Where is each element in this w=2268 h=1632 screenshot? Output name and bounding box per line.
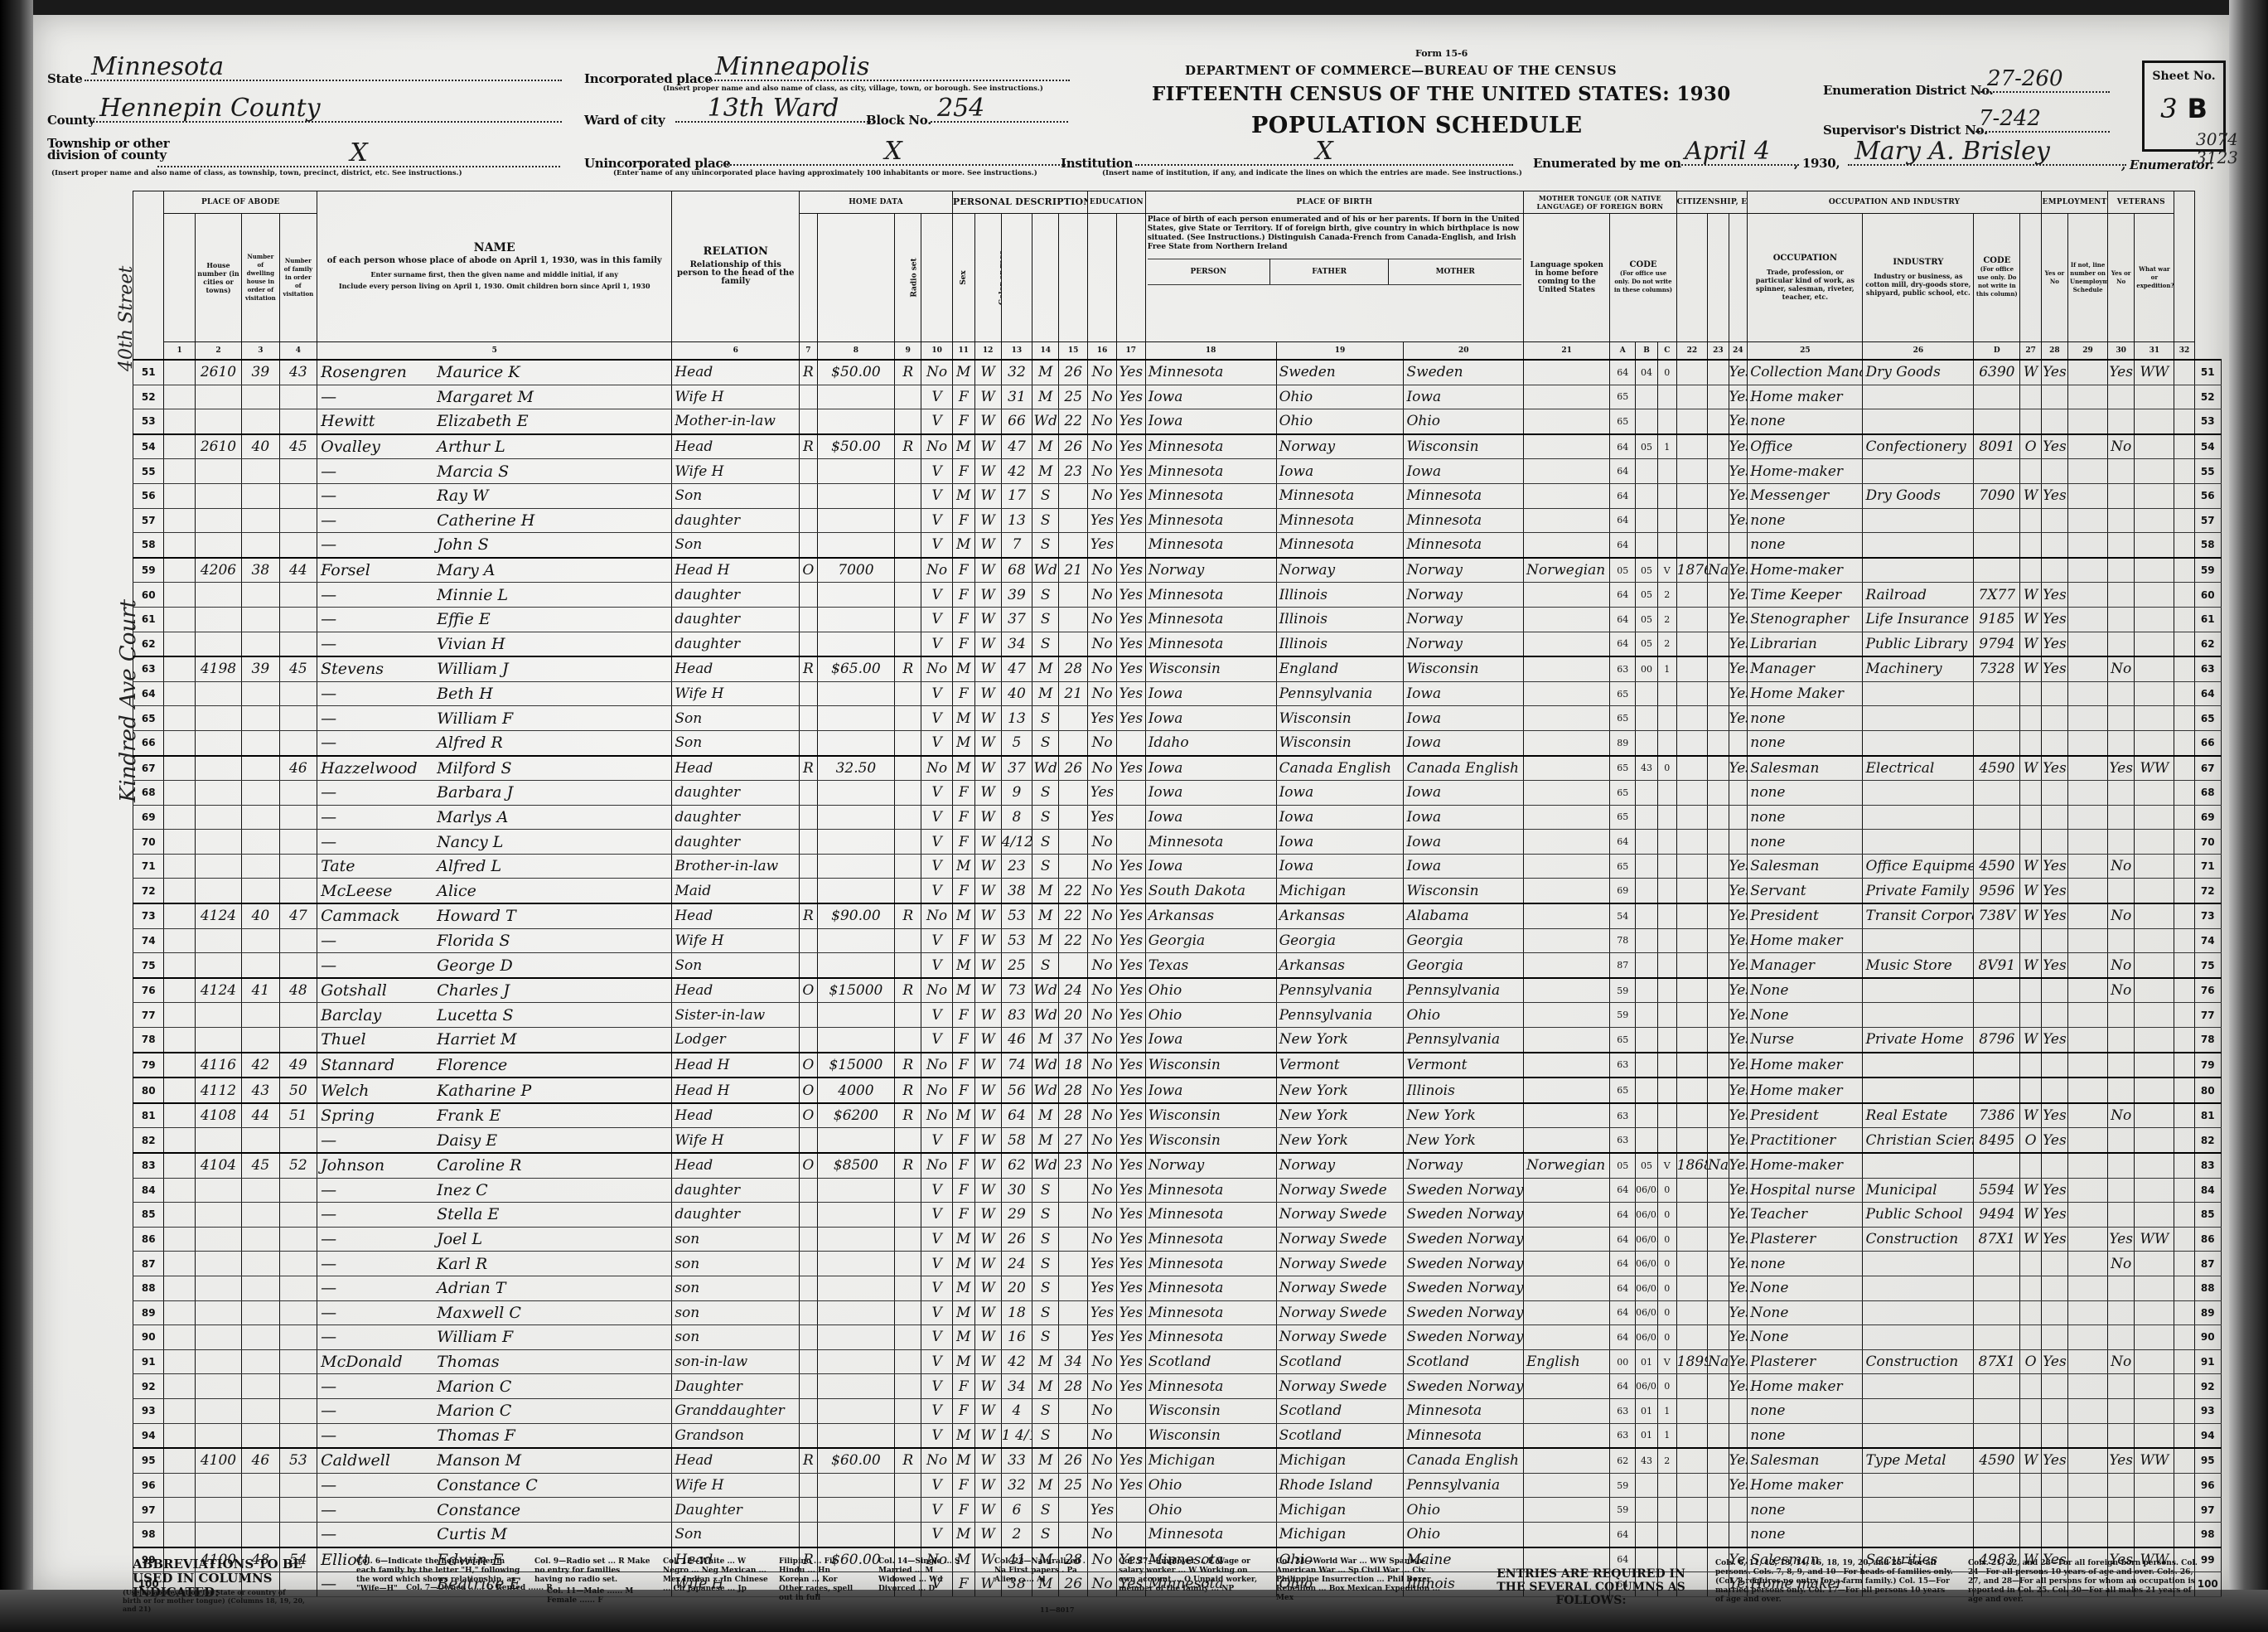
marital-cell: S	[1032, 1178, 1059, 1203]
race-cell: W	[974, 1227, 1001, 1252]
occupation-cell: Home-maker	[1748, 459, 1863, 484]
relation-cell: daughter	[672, 830, 800, 855]
birth-person-cell: Wisconsin	[1145, 656, 1276, 681]
veteran-cell: No	[2108, 903, 2135, 928]
line-number: 65	[133, 706, 164, 731]
code-a-cell: 63	[1610, 1103, 1636, 1128]
dwelling-cell	[242, 409, 279, 434]
immigration-cell	[1676, 854, 1707, 879]
code-a-cell: 64	[1610, 830, 1636, 855]
dwelling-cell	[242, 533, 279, 558]
age-cell: 33	[1001, 1448, 1032, 1473]
birth-father-cell: Iowa	[1276, 854, 1404, 879]
farm-cell: V	[921, 632, 953, 656]
supervisor-district-label: Supervisor's District No.	[1823, 123, 1988, 138]
school-cell: No	[1088, 483, 1117, 508]
line-number: 77	[133, 1003, 164, 1028]
birth-person-cell: Iowa	[1145, 385, 1276, 409]
veteran-cell: Yes	[2108, 1227, 2135, 1252]
street-cell	[164, 1178, 195, 1203]
sex-cell: M	[952, 706, 974, 731]
read-cell: Yes	[1116, 1252, 1145, 1276]
occupation-cell: None	[1748, 1003, 1863, 1028]
code-a-cell: 00	[1610, 1349, 1636, 1374]
farm-cell: V	[921, 805, 953, 830]
occupation-cell: Plasterer	[1748, 1227, 1863, 1252]
street-cell	[164, 928, 195, 953]
occupation-cell: Home maker	[1748, 385, 1863, 409]
veteran-cell: Yes	[2108, 360, 2135, 385]
farm-sched-cell	[2174, 1423, 2194, 1448]
occ-code-cell: 7090	[1974, 483, 2020, 508]
code-a-cell: 64	[1610, 434, 1636, 459]
line-number: 75	[2194, 953, 2221, 978]
english-cell	[1729, 1498, 1748, 1523]
code-b-cell	[1636, 928, 1658, 953]
unemp-line-cell	[2067, 1203, 2107, 1228]
english-cell	[1729, 781, 1748, 806]
radio-cell	[895, 1349, 921, 1374]
war-cell	[2135, 459, 2174, 484]
age-cell: 53	[1001, 928, 1032, 953]
war-cell	[2135, 1349, 2174, 1374]
owned-cell	[800, 508, 817, 533]
industry-cell	[1863, 1300, 1974, 1325]
war-cell: WW	[2135, 1448, 2174, 1473]
code-b-cell: 06/05	[1636, 1300, 1658, 1325]
industry-cell	[1863, 1276, 1974, 1300]
dwelling-cell	[242, 1325, 279, 1350]
naturalization-cell	[1708, 830, 1729, 855]
occ-code-cell: 87X1	[1974, 1349, 2020, 1374]
naturalization-cell: Na	[1708, 558, 1729, 583]
street-cell	[164, 1103, 195, 1128]
value-cell	[817, 1252, 895, 1276]
industry-cell	[1863, 781, 1974, 806]
age-marriage-cell	[1059, 1498, 1088, 1523]
class-cell	[2020, 1300, 2041, 1325]
occ-code-cell	[1974, 1398, 2020, 1423]
sex-cell: F	[952, 409, 974, 434]
marital-cell: M	[1032, 459, 1059, 484]
industry-cell	[1863, 1325, 1974, 1350]
birth-father-cell: Norway Swede	[1276, 1325, 1404, 1350]
stamp-number-2: 3123	[2196, 148, 2238, 167]
table-row: 8341044552JohnsonCaroline RHeadO$8500RNo…	[133, 1153, 2222, 1178]
industry-cell	[1863, 730, 1974, 755]
person-name: StevensWilliam J	[317, 656, 672, 681]
race-cell: W	[974, 360, 1001, 385]
unemp-line-cell	[2067, 1473, 2107, 1498]
family-cell: 53	[279, 1448, 317, 1473]
age-cell: 66	[1001, 409, 1032, 434]
employed-cell	[2041, 681, 2067, 706]
birth-person-cell: Iowa	[1145, 854, 1276, 879]
given-name: Beth H	[437, 685, 493, 703]
incorporated-value: Minneapolis	[708, 55, 1070, 81]
footer-instructions: ABBREVIATIONS TO BE USED IN COLUMNS INDI…	[116, 1551, 2229, 1601]
family-cell	[279, 607, 317, 632]
school-cell: No	[1088, 1349, 1117, 1374]
industry-cell: Type Metal	[1863, 1448, 1974, 1473]
farm-cell: V	[921, 1498, 953, 1523]
street-cell	[164, 1423, 195, 1448]
farm-cell: V	[921, 483, 953, 508]
immigration-cell	[1676, 1276, 1707, 1300]
code-c-cell: 1	[1657, 656, 1676, 681]
occ-code-header: CODE (For office use only. Do not write …	[1974, 214, 2020, 342]
code-c-cell: V	[1657, 1153, 1676, 1178]
industry-cell	[1863, 1153, 1974, 1178]
naturalization-cell	[1708, 903, 1729, 928]
line-number: 53	[2194, 409, 2221, 434]
owned-cell	[800, 879, 817, 903]
code-b-cell: 06/05	[1636, 1203, 1658, 1228]
table-row: 75—George DSonVMW25SNoYesTexasArkansasGe…	[133, 953, 2222, 978]
birth-mother-cell: Alabama	[1404, 903, 1524, 928]
naturalization-cell: Na	[1708, 1153, 1729, 1178]
immigration-cell	[1676, 1103, 1707, 1128]
dwelling-cell	[242, 1349, 279, 1374]
street-cell	[164, 1003, 195, 1028]
school-cell: No	[1088, 756, 1117, 781]
school-cell: No	[1088, 978, 1117, 1003]
farm-cell: No	[921, 756, 953, 781]
sex-cell: F	[952, 1078, 974, 1103]
street-cell	[164, 1448, 195, 1473]
employed-cell	[2041, 781, 2067, 806]
birth-mother-cell: Norway	[1404, 583, 1524, 608]
house-cell	[195, 953, 241, 978]
age-cell: 16	[1001, 1325, 1032, 1350]
sex-cell: F	[952, 830, 974, 855]
occupation-cell: none	[1748, 1252, 1863, 1276]
family-cell	[279, 1423, 317, 1448]
immigration-cell	[1676, 632, 1707, 656]
industry-cell: Machinery	[1863, 656, 1974, 681]
school-cell: Yes	[1088, 508, 1117, 533]
table-row: 5126103943RosengrenMaurice KHeadR$50.00R…	[133, 360, 2222, 385]
family-cell: 48	[279, 978, 317, 1003]
birth-father-cell: Pennsylvania	[1276, 978, 1404, 1003]
age-cell: 73	[1001, 978, 1032, 1003]
person-name: —Effie E	[317, 607, 672, 632]
occ-code-cell	[1974, 1252, 2020, 1276]
sex-cell: F	[952, 681, 974, 706]
line-number: 84	[133, 1178, 164, 1203]
surname: Thuel	[321, 1030, 437, 1048]
industry-cell	[1863, 1252, 1974, 1276]
farm-cell: No	[921, 1448, 953, 1473]
relation-cell: Wife H	[672, 1473, 800, 1498]
owned-cell: O	[800, 978, 817, 1003]
employed-cell	[2041, 1423, 2067, 1448]
occ-code-cell: 8091	[1974, 434, 2020, 459]
family-cell	[279, 1003, 317, 1028]
war-cell	[2135, 1203, 2174, 1228]
farm-sched-cell	[2174, 1300, 2194, 1325]
unemp-line-cell	[2067, 756, 2107, 781]
code-b-cell: 05	[1636, 607, 1658, 632]
birth-mother-cell: Canada English	[1404, 756, 1524, 781]
code-c-cell	[1657, 459, 1676, 484]
radio-cell	[895, 1028, 921, 1053]
school-cell: No	[1088, 583, 1117, 608]
marital-cell: Wd	[1032, 756, 1059, 781]
farm-cell: V	[921, 1227, 953, 1252]
age-marriage-cell: 28	[1059, 1374, 1088, 1399]
occupation-cell: Hospital nurse	[1748, 1178, 1863, 1203]
relation-cell: Son	[672, 1522, 800, 1547]
employed-cell: Yes	[2041, 1448, 2067, 1473]
table-row: 86—Joel LsonVMW26SNoYesMinnesotaNorway S…	[133, 1227, 2222, 1252]
read-cell	[1116, 1423, 1145, 1448]
given-name: Florida S	[437, 932, 510, 950]
employed-cell	[2041, 830, 2067, 855]
industry-cell: Christian Science	[1863, 1128, 1974, 1153]
given-name: Alice	[437, 882, 476, 900]
industry-cell: Dry Goods	[1863, 360, 1974, 385]
occ-code-cell	[1974, 681, 2020, 706]
family-cell	[279, 1227, 317, 1252]
occ-code-cell	[1974, 928, 2020, 953]
read-cell: Yes	[1116, 681, 1145, 706]
veteran-cell	[2108, 385, 2135, 409]
relation-cell: Son	[672, 483, 800, 508]
read-cell: Yes	[1116, 360, 1145, 385]
birth-father-cell: Iowa	[1276, 830, 1404, 855]
sex-cell: F	[952, 607, 974, 632]
marital-cell: S	[1032, 1423, 1059, 1448]
war-cell	[2135, 830, 2174, 855]
farm-cell: V	[921, 607, 953, 632]
code-a-cell: 65	[1610, 854, 1636, 879]
birth-mother-cell: Wisconsin	[1404, 879, 1524, 903]
given-name: Constance C	[437, 1476, 538, 1494]
code-b-cell	[1636, 1003, 1658, 1028]
relation-cell: daughter	[672, 583, 800, 608]
english-cell: Yes	[1729, 360, 1748, 385]
code-b-cell	[1636, 1473, 1658, 1498]
street-cell	[164, 1276, 195, 1300]
age-marriage-cell	[1059, 1398, 1088, 1423]
occ-code-cell	[1974, 805, 2020, 830]
unemp-line-cell	[2067, 879, 2107, 903]
code-b-cell: 01	[1636, 1349, 1658, 1374]
surname: Rosengren	[321, 363, 437, 381]
english-cell: Yes	[1729, 1053, 1748, 1078]
language-cell	[1524, 1252, 1610, 1276]
birth-person-cell: Norway	[1145, 558, 1276, 583]
code-b-cell	[1636, 1128, 1658, 1153]
farm-sched-cell	[2174, 533, 2194, 558]
unemp-line-cell	[2067, 1349, 2107, 1374]
house-cell	[195, 607, 241, 632]
occ-code-cell: 9596	[1974, 879, 2020, 903]
family-cell: 43	[279, 360, 317, 385]
code-a-cell: 64	[1610, 360, 1636, 385]
read-cell: Yes	[1116, 1078, 1145, 1103]
relation-cell: Mother-in-law	[672, 409, 800, 434]
veteran-cell	[2108, 1078, 2135, 1103]
read-cell	[1116, 781, 1145, 806]
farm-sched-cell	[2174, 730, 2194, 755]
immigration-cell	[1676, 1028, 1707, 1053]
surname: —	[321, 932, 437, 950]
enumerator-name: Mary A. Brisley	[1848, 139, 2126, 166]
house-cell	[195, 854, 241, 879]
race-cell: W	[974, 879, 1001, 903]
dwelling-cell: 38	[242, 558, 279, 583]
occupation-cell: none	[1748, 1498, 1863, 1523]
code-a-cell: 63	[1610, 1053, 1636, 1078]
relation-cell: Daughter	[672, 1374, 800, 1399]
school-cell: No	[1088, 1473, 1117, 1498]
age-cell: 18	[1001, 1300, 1032, 1325]
farm-sched-cell	[2174, 903, 2194, 928]
english-cell: Yes	[1729, 1203, 1748, 1228]
naturalization-cell	[1708, 1423, 1729, 1448]
code-c-cell	[1657, 928, 1676, 953]
birth-person-cell: Iowa	[1145, 706, 1276, 731]
person-name: —John S	[317, 533, 672, 558]
language-cell: Norwegian	[1524, 1153, 1610, 1178]
family-cell	[279, 706, 317, 731]
age-cell: 20	[1001, 1276, 1032, 1300]
birth-father-cell: Norway Swede	[1276, 1300, 1404, 1325]
person-name: —Margaret M	[317, 385, 672, 409]
radio-cell: R	[895, 1078, 921, 1103]
language-header: Language spoken in home before coming to…	[1524, 214, 1610, 342]
language-cell	[1524, 879, 1610, 903]
farm-sched-cell	[2174, 681, 2194, 706]
age-marriage-cell: 22	[1059, 409, 1088, 434]
marital-cell: S	[1032, 1522, 1059, 1547]
veteran-cell	[2108, 1053, 2135, 1078]
age-marriage-cell: 28	[1059, 1103, 1088, 1128]
farm-cell: V	[921, 830, 953, 855]
line-number: 98	[133, 1522, 164, 1547]
street-cell	[164, 1325, 195, 1350]
industry-cell	[1863, 1078, 1974, 1103]
veteran-cell	[2108, 459, 2135, 484]
code-c-cell	[1657, 1522, 1676, 1547]
line-number: 83	[2194, 1153, 2221, 1178]
age-marriage-cell: 27	[1059, 1128, 1088, 1153]
birth-father-cell: Ohio	[1276, 409, 1404, 434]
immigration-cell	[1676, 1053, 1707, 1078]
code-b-cell: 05	[1636, 632, 1658, 656]
table-row: 57—Catherine HdaughterVFW13SYesYesMinnes…	[133, 508, 2222, 533]
value-cell	[817, 1028, 895, 1053]
farm-sched-cell	[2174, 805, 2194, 830]
marital-cell: S	[1032, 830, 1059, 855]
code-a-cell: 64	[1610, 508, 1636, 533]
language-cell	[1524, 928, 1610, 953]
code-b-cell	[1636, 781, 1658, 806]
given-name: Adrian T	[437, 1279, 505, 1297]
line-number: 79	[133, 1053, 164, 1078]
table-row: 65—William FSonVMW13SYesYesIowaWisconsin…	[133, 706, 2222, 731]
line-number: 86	[133, 1227, 164, 1252]
immigration-cell: 1868	[1676, 1153, 1707, 1178]
age-marriage-cell: 34	[1059, 1349, 1088, 1374]
enumeration-district-label: Enumeration District No.	[1823, 83, 1993, 98]
code-header: CODE (For office use only. Do not write …	[1610, 214, 1676, 342]
employed-cell: Yes	[2041, 360, 2067, 385]
immigration-cell	[1676, 730, 1707, 755]
radio-cell	[895, 632, 921, 656]
relation-cell: Head	[672, 903, 800, 928]
table-row: 55—Marcia SWife HVFW42M23NoYesMinnesotaI…	[133, 459, 2222, 484]
farm-sched-cell	[2174, 483, 2194, 508]
dwelling-cell	[242, 1203, 279, 1228]
relation-cell: Son	[672, 533, 800, 558]
given-name: Daisy E	[437, 1131, 497, 1150]
immigration-cell	[1676, 830, 1707, 855]
naturalization-cell	[1708, 879, 1729, 903]
war-cell	[2135, 1325, 2174, 1350]
value-cell	[817, 607, 895, 632]
line-number: 80	[2194, 1078, 2221, 1103]
value-cell	[817, 1003, 895, 1028]
code-a-cell: 64	[1610, 1276, 1636, 1300]
farm-cell: V	[921, 953, 953, 978]
unemp-line-cell	[2067, 1374, 2107, 1399]
owned-cell: O	[800, 558, 817, 583]
marital-cell: M	[1032, 879, 1059, 903]
marital-cell: S	[1032, 533, 1059, 558]
surname: —	[321, 734, 437, 752]
code-a-cell: 05	[1610, 558, 1636, 583]
person-name: RosengrenMaurice K	[317, 360, 672, 385]
birth-mother-cell: Minnesota	[1404, 1423, 1524, 1448]
family-cell	[279, 533, 317, 558]
person-name: —Florida S	[317, 928, 672, 953]
code-b-cell	[1636, 681, 1658, 706]
line-number: 56	[2194, 483, 2221, 508]
family-cell	[279, 1374, 317, 1399]
marital-cell: S	[1032, 632, 1059, 656]
employed-cell: Yes	[2041, 656, 2067, 681]
table-row: 69—Marlys AdaughterVFW8SYesIowaIowaIowa6…	[133, 805, 2222, 830]
birth-person-cell: Wisconsin	[1145, 1103, 1276, 1128]
unemp-line-cell	[2067, 1252, 2107, 1276]
dwelling-cell	[242, 583, 279, 608]
employed-cell: Yes	[2041, 483, 2067, 508]
value-cell	[817, 781, 895, 806]
house-cell	[195, 483, 241, 508]
occ-code-cell: 738V	[1974, 903, 2020, 928]
occ-code-cell: 8495	[1974, 1128, 2020, 1153]
table-row: 5426104045OvalleyArthur LHeadR$50.00RNoM…	[133, 434, 2222, 459]
relation-cell: Head	[672, 978, 800, 1003]
veteran-yes-header: Yes or No	[2108, 214, 2135, 342]
line-number: 74	[133, 928, 164, 953]
code-b-cell: 06/05	[1636, 1227, 1658, 1252]
street-cell	[164, 681, 195, 706]
farm-cell: V	[921, 1276, 953, 1300]
table-row: 66—Alfred RSonVMW5SNoIdahoWisconsinIowa8…	[133, 730, 2222, 755]
line-number: 67	[2194, 756, 2221, 781]
birth-father-cell: Michigan	[1276, 1498, 1404, 1523]
table-row: 60—Minnie LdaughterVFW39SNoYesMinnesotaI…	[133, 583, 2222, 608]
age-marriage-cell: 26	[1059, 756, 1088, 781]
value-cell	[817, 1398, 895, 1423]
birth-father-cell: New York	[1276, 1028, 1404, 1053]
birth-person-cell: Minnesota	[1145, 508, 1276, 533]
person-name: —Thomas F	[317, 1423, 672, 1448]
